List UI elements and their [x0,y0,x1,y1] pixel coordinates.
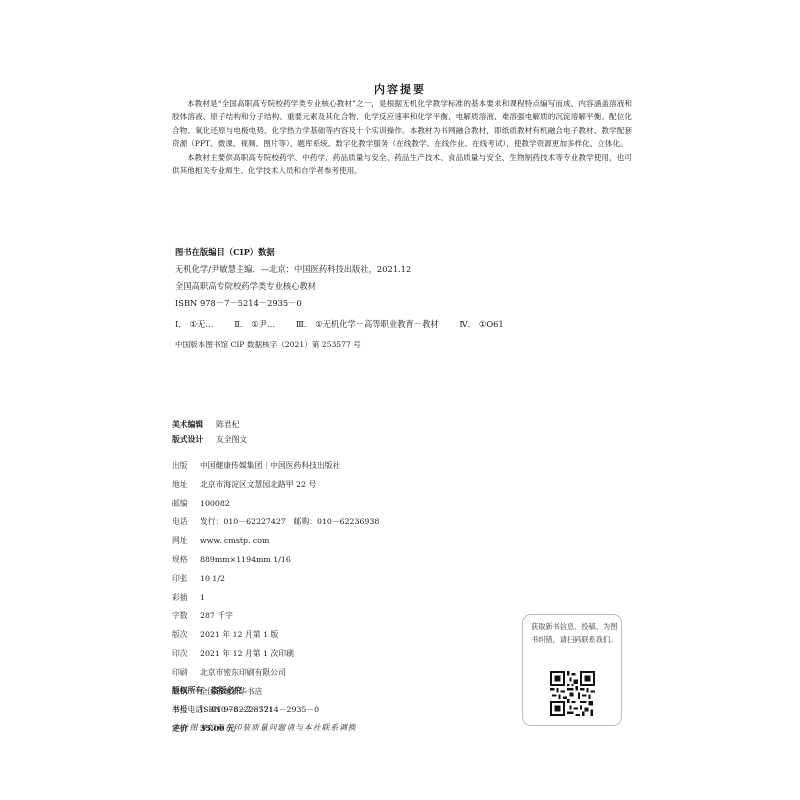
summary-text: 本教材是“全国高职高专院校药学类专业核心教材”之一，是根据无机化学教学标准的基本… [172,97,632,179]
imprint-row-website: 网址www. cmstp. com [172,532,379,551]
imprint-row-printing: 印次2021 年 12 月第 1 次印刷 [172,645,379,664]
imprint-row-printer: 印刷北京市密东印刷有限公司 [172,664,379,683]
imprint-row-edition: 版次2021 年 12 月第 1 版 [172,626,379,645]
rights-block: 版权所有 盗版必究 举报电话：010－62228771 本社图书如存在印装质量问… [172,682,357,738]
cip-classification: Ⅰ. ①无… Ⅱ. ①尹… Ⅲ. ①无机化学－高等职业教育－教材 Ⅳ. ①O61 [175,316,516,333]
credit-row: 版式设计友全图文 [172,432,247,447]
imprint-row-format: 规格889mm×1194mm 1/16 [172,551,379,570]
summary-title: 内容提要 [0,81,800,97]
cip-class-3: Ⅲ. ①无机化学－高等职业教育－教材 [296,319,439,329]
imprint-row-address: 地址北京市海淀区文慧园北路甲 22 号 [172,476,379,495]
copyright-notice: 版权所有 盗版必究 [172,682,357,701]
credit-row: 美术编辑陈君杞 [172,417,247,432]
cip-class-4: Ⅳ. ①O61 [459,319,503,329]
summary-paragraph-2: 本教材主要供高职高专院校药学、中药学、药品质量与安全、药品生产技术、食品质量与安… [172,151,632,178]
imprint-row-word-count: 字数287 千字 [172,607,379,626]
report-hotline: 举报电话：010－62228771 [172,701,357,720]
quality-notice: 本社图书如存在印装质量问题请与本社联系调换 [172,719,357,738]
imprint-row-phone: 电话发行：010－62227427 邮购：010－62236938 [172,513,379,532]
imprint-row-sheets: 印张10 1/2 [172,570,379,589]
cip-isbn: ISBN 978－7－5214－2935－0 [175,295,516,312]
qr-code-icon[interactable] [550,671,595,716]
cip-line-1: 无机化学/尹敏慧主编．—北京：中国医药科技出版社，2021.12 [175,261,516,278]
cip-approval: 中国版本图书馆 CIP 数据核字（2021）第 253577 号 [175,336,516,353]
imprint-row-postcode: 邮编100082 [172,495,379,514]
cip-class-1: Ⅰ. ①无… [175,319,214,329]
qr-caption: 获取新书信息、投稿、为图书纠错，请扫码联系我们。 [531,621,619,647]
cip-class-2: Ⅱ. ①尹… [234,319,275,329]
qr-contact-box: 获取新书信息、投稿、为图书纠错，请扫码联系我们。 [522,614,622,726]
credits-block: 美术编辑陈君杞 版式设计友全图文 [172,417,247,447]
summary-paragraph-1: 本教材是“全国高职高专院校药学类专业核心教材”之一，是根据无机化学教学标准的基本… [172,97,632,150]
imprint-row-publisher: 出版中国健康传媒集团｜中国医药科技出版社 [172,457,379,476]
imprint-row-color-plates: 彩插1 [172,589,379,608]
cip-line-2: 全国高职高专院校药学类专业核心教材 [175,278,516,295]
cip-data-block: 图书在版编目（CIP）数据 无机化学/尹敏慧主编．—北京：中国医药科技出版社，2… [175,244,516,353]
cip-title: 图书在版编目（CIP）数据 [175,244,516,261]
